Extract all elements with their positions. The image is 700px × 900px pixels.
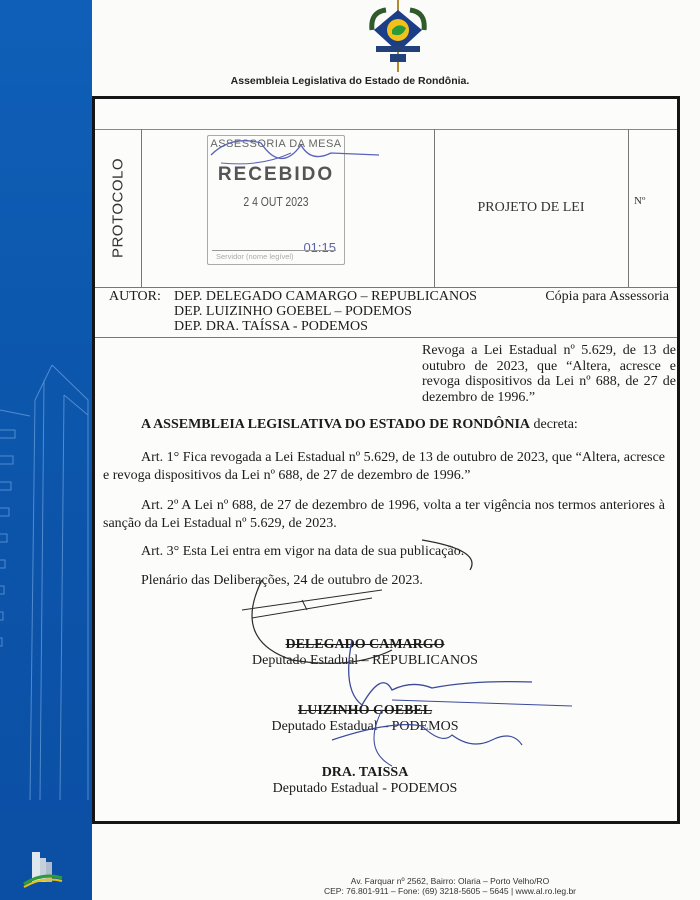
- state-coat-of-arms-icon: [362, 0, 434, 74]
- signatory-1: DELEGADO CAMARGO Deputado Estadual – REP…: [215, 637, 515, 669]
- document-type-cell: PROJETO DE LEI: [434, 129, 629, 287]
- decree-intro: A ASSEMBLEIA LEGISLATIVA DO ESTADO DE RO…: [141, 417, 578, 433]
- stamp-caption: Servidor (nome legível): [216, 252, 294, 261]
- closing-line: Plenário das Deliberações, 24 de outubro…: [103, 572, 665, 590]
- document-frame: PROTOCOLO ASSESSORIA DA MESA RECEBIDO 2 …: [92, 96, 680, 824]
- stamp-date: 2 4 OUT 2023: [222, 194, 331, 209]
- signatory-name: LUIZINHO GOEBEL: [215, 703, 515, 719]
- protocol-row: PROTOCOLO ASSESSORIA DA MESA RECEBIDO 2 …: [95, 129, 677, 288]
- decree-intro-bold: A ASSEMBLEIA LEGISLATIVA DO ESTADO DE RO…: [141, 417, 530, 432]
- copy-note: Cópia para Assessoria: [545, 289, 669, 304]
- footer-address: Av. Farquar nº 2562, Bairro: Olaria – Po…: [200, 876, 700, 886]
- authors-prefix: AUTOR:: [109, 289, 161, 304]
- article-1: Art. 1° Fica revogada a Lei Estadual nº …: [103, 449, 665, 485]
- signatory-3: DRA. TAISSA Deputado Estadual - PODEMOS: [215, 765, 515, 797]
- protocol-label-cell: PROTOCOLO: [95, 129, 142, 287]
- building-outline-icon: [0, 360, 92, 800]
- author-item: DEP. LUIZINHO GOEBEL – PODEMOS: [174, 304, 477, 319]
- article-2: Art. 2º A Lei nº 688, de 27 de dezembro …: [103, 497, 665, 533]
- institution-name: Assembleia Legislativa do Estado de Rond…: [0, 75, 700, 87]
- decree-intro-rest: decreta:: [530, 417, 578, 432]
- stamp-status: RECEBIDO: [208, 164, 344, 186]
- authors-row: AUTOR: DEP. DELEGADO CAMARGO – REPUBLICA…: [95, 287, 677, 338]
- decorative-blue-band: [0, 0, 92, 900]
- number-cell: Nº: [628, 129, 677, 287]
- number-label: Nº: [634, 195, 645, 207]
- signatory-2: LUIZINHO GOEBEL Deputado Estadual – PODE…: [215, 703, 515, 735]
- protocol-label: PROTOCOLO: [110, 158, 127, 258]
- article-3: Art. 3° Esta Lei entra em vigor na data …: [103, 543, 665, 561]
- stamp-cell: ASSESSORIA DA MESA RECEBIDO 2 4 OUT 2023…: [141, 129, 435, 287]
- signatory-title: Deputado Estadual - PODEMOS: [215, 781, 515, 797]
- bill-summary: Revoga a Lei Estadual nº 5.629, de 13 de…: [422, 343, 676, 405]
- footer-contact: CEP: 76.801-911 – Fone: (69) 3218-5605 –…: [200, 886, 700, 896]
- stamp-signature-line: [212, 250, 336, 251]
- document-type: PROJETO DE LEI: [477, 200, 584, 216]
- author-item: DEP. DRA. TAÍSSA - PODEMOS: [174, 319, 477, 334]
- footer: Av. Farquar nº 2562, Bairro: Olaria – Po…: [200, 876, 700, 896]
- assembly-building-logo-icon: [18, 848, 68, 892]
- stamp-header: ASSESSORIA DA MESA: [208, 138, 344, 150]
- authors-list: DEP. DELEGADO CAMARGO – REPUBLICANOS DEP…: [174, 289, 477, 334]
- received-stamp: ASSESSORIA DA MESA RECEBIDO 2 4 OUT 2023…: [207, 135, 345, 265]
- signatory-name: DELEGADO CAMARGO: [215, 637, 515, 653]
- signatory-title: Deputado Estadual – PODEMOS: [215, 719, 515, 735]
- frame-top-row: [95, 99, 677, 130]
- signatory-title: Deputado Estadual – REPUBLICANOS: [215, 653, 515, 669]
- signatory-name: DRA. TAISSA: [215, 765, 515, 781]
- author-item: DEP. DELEGADO CAMARGO – REPUBLICANOS: [174, 289, 477, 304]
- stamp-time: 01:15: [303, 240, 336, 255]
